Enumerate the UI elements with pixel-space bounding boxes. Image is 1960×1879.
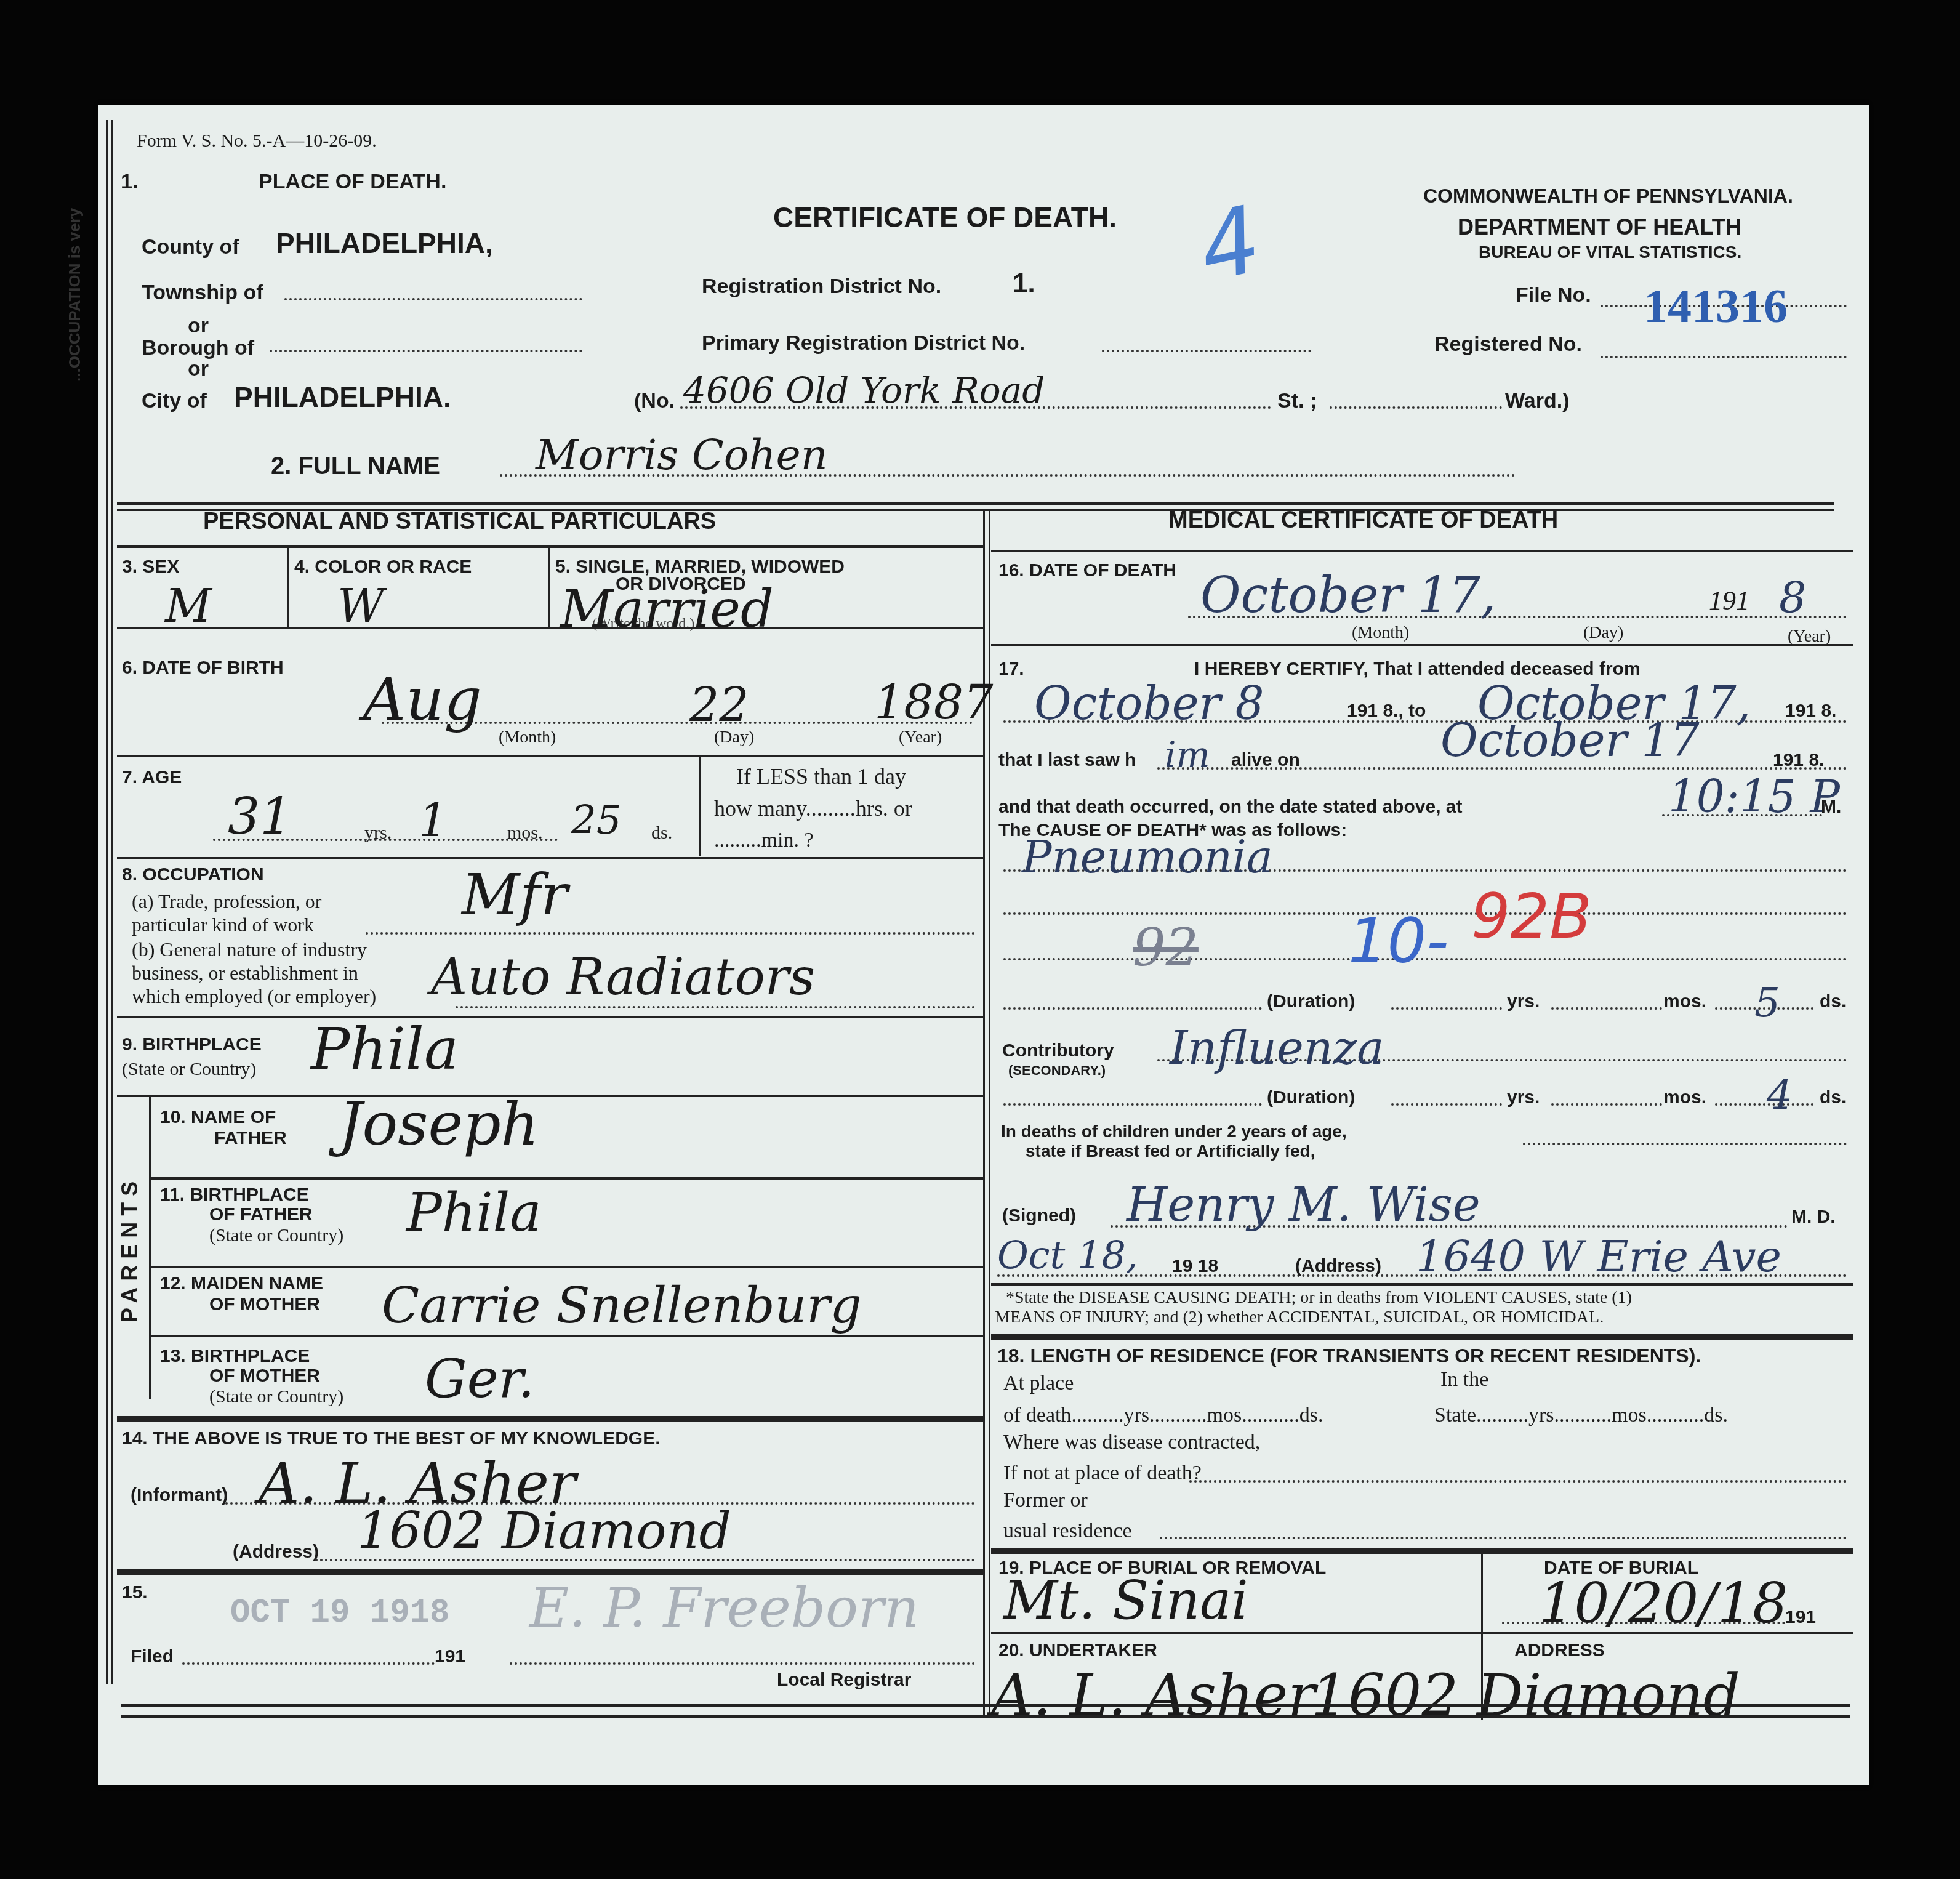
- dod-year-digit: 8: [1779, 573, 1807, 623]
- physician-signature: Henry M. Wise: [1127, 1177, 1480, 1232]
- file-no-value: 141316: [1644, 278, 1788, 334]
- occupation-label: 8. OCCUPATION: [122, 864, 264, 885]
- age-years: 31: [228, 788, 292, 847]
- father-name-label: 10. NAME OF: [160, 1107, 276, 1128]
- mother-name-value: Carrie Snellenburg: [382, 1277, 862, 1334]
- last-saw-pronoun: im: [1165, 734, 1210, 776]
- red-code: 92B: [1471, 880, 1592, 952]
- contributory-label: Contributory: [1002, 1040, 1114, 1061]
- filed-label: Filed: [131, 1646, 174, 1667]
- signed-label: (Signed): [1002, 1205, 1076, 1226]
- informant-statement: 14. THE ABOVE IS TRUE TO THE BEST OF MY …: [122, 1428, 661, 1449]
- full-name-value: Morris Cohen: [536, 431, 828, 480]
- township-label: Township of: [142, 281, 263, 305]
- authority-line-2: DEPARTMENT OF HEALTH: [1458, 214, 1741, 240]
- burial-place-value: Mt. Sinai: [1003, 1570, 1248, 1632]
- physician-address-value: 1640 W Erie Ave: [1416, 1231, 1781, 1282]
- occupation-industry: Auto Radiators: [431, 948, 815, 1007]
- burial-date-value: 10/20/18: [1539, 1571, 1788, 1636]
- sex-label: 3. SEX: [122, 557, 179, 577]
- undertaker-label: 20. UNDERTAKER: [998, 1640, 1157, 1661]
- father-birthplace-value: Phila: [406, 1182, 542, 1244]
- medical-section-title: MEDICAL CERTIFICATE OF DEATH: [1168, 507, 1558, 534]
- children-feeding-label: In deaths of children under 2 years of a…: [1001, 1122, 1347, 1141]
- sex-value: M: [165, 580, 212, 633]
- registration-district-value: 1.: [1013, 268, 1035, 299]
- county-label: County of: [142, 235, 239, 259]
- dob-label: 6. DATE OF BIRTH: [122, 658, 284, 678]
- informant-address-value: 1602 Diamond: [357, 1502, 731, 1561]
- city-value: PHILADELPHIA.: [234, 380, 451, 414]
- mother-birthplace-label: 13. BIRTHPLACE: [160, 1346, 310, 1367]
- physician-address-label: (Address): [1295, 1256, 1381, 1277]
- personal-section-title: PERSONAL AND STATISTICAL PARTICULARS: [203, 509, 716, 535]
- full-name-label: 2. FULL NAME: [271, 453, 440, 480]
- informant-label: (Informant): [131, 1485, 228, 1506]
- form-id: Form V. S. No. 5.-A—10-26-09.: [137, 131, 377, 151]
- primary-district-label: Primary Registration District No.: [702, 331, 1025, 355]
- dod-month-day: October 17,: [1200, 566, 1496, 624]
- authority-line-1: COMMONWEALTH OF PENNSYLVANIA.: [1423, 185, 1793, 207]
- age-days: 25: [571, 798, 621, 843]
- residence-place-of-death: of death..........yrs...........mos.....…: [1003, 1404, 1323, 1427]
- mother-birthplace-value: Ger.: [425, 1348, 535, 1410]
- borough-field: [270, 350, 582, 352]
- father-birthplace-label: 11. BIRTHPLACE: [160, 1185, 309, 1205]
- authority-line-3: BUREAU OF VITAL STATISTICS.: [1479, 243, 1741, 262]
- township-field: [284, 298, 582, 300]
- primary-duration-days: 5: [1754, 979, 1780, 1026]
- cause-of-death-value: Pneumonia: [1022, 831, 1273, 883]
- residence-state: State..........yrs...........mos........…: [1434, 1404, 1728, 1427]
- place-of-death-heading: PLACE OF DEATH.: [259, 170, 446, 194]
- document-title: CERTIFICATE OF DEATH.: [773, 201, 1117, 234]
- marital-status-value: Married: [560, 579, 774, 639]
- registered-no-field: [1601, 356, 1847, 358]
- occupation-trade: Mfr: [462, 862, 568, 928]
- file-no-label: File No.: [1516, 283, 1591, 307]
- left-border-rule: [111, 120, 113, 1684]
- footnote: *State the DISEASE CAUSING DEATH; or in …: [1006, 1288, 1632, 1308]
- mother-name-label: 12. MAIDEN NAME: [160, 1273, 323, 1294]
- parents-label: PARENTS: [117, 1175, 143, 1322]
- dob-day: 22: [689, 677, 749, 732]
- dod-label: 16. DATE OF DEATH: [998, 560, 1176, 581]
- local-registrar-label: Local Registrar: [777, 1670, 911, 1691]
- undertaker-value: A. L. Asher: [991, 1662, 1315, 1729]
- registrar-signature: E. P. Freeborn: [529, 1576, 919, 1640]
- informant-address-label: (Address): [233, 1542, 319, 1563]
- birthplace-label: 9. BIRTHPLACE: [122, 1034, 262, 1055]
- county-value: PHILADELPHIA,: [276, 227, 493, 260]
- residence-label: 18. LENGTH OF RESIDENCE (FOR TRANSIENTS …: [997, 1345, 1701, 1367]
- dob-month: Aug: [363, 665, 482, 734]
- secondary-duration-days: 4: [1767, 1071, 1793, 1119]
- disease-contracted-field: [1189, 1480, 1847, 1483]
- registration-district-label: Registration District No.: [702, 275, 941, 299]
- filed-date-stamp: OCT 19 1918: [230, 1595, 449, 1632]
- city-label: City of: [142, 389, 207, 413]
- time-of-death: 10:15 P: [1668, 771, 1840, 823]
- left-border-rule: [106, 120, 108, 1684]
- ward-field: [1330, 406, 1502, 409]
- margin-note: ...OCCUPATION is very: [65, 208, 84, 382]
- attended-from: October 8: [1034, 677, 1264, 730]
- street-address: 4606 Old York Road: [683, 369, 1045, 411]
- undertaker-address-value: 1602 Diamond: [1311, 1662, 1740, 1729]
- certify-statement: I HEREBY CERTIFY, That I attended deceas…: [1194, 659, 1641, 680]
- physician-sign-date: Oct 18,: [997, 1233, 1138, 1277]
- race-label: 4. COLOR OR RACE: [294, 557, 472, 577]
- less-than-day-text: If LESS than 1 day: [736, 763, 906, 789]
- father-name-value: Joseph: [339, 1090, 539, 1159]
- last-saw-date: October 17: [1440, 714, 1700, 767]
- blue-code: 10-: [1348, 905, 1448, 977]
- registered-no-label: Registered No.: [1434, 332, 1582, 356]
- race-value: W: [337, 580, 384, 633]
- children-feeding-field: [1523, 1143, 1847, 1145]
- primary-district-field: [1102, 350, 1311, 352]
- age-label: 7. AGE: [122, 767, 182, 788]
- age-months: 1: [419, 794, 448, 847]
- birthplace-value: Phila: [311, 1016, 459, 1083]
- dob-year: 1887: [874, 675, 993, 730]
- contributory-value: Influenza: [1170, 1022, 1384, 1075]
- undertaker-address-label: ADDRESS: [1514, 1640, 1605, 1661]
- usual-residence-field: [1160, 1537, 1847, 1539]
- struck-code: 92: [1133, 917, 1199, 978]
- field-number: 1.: [121, 170, 138, 194]
